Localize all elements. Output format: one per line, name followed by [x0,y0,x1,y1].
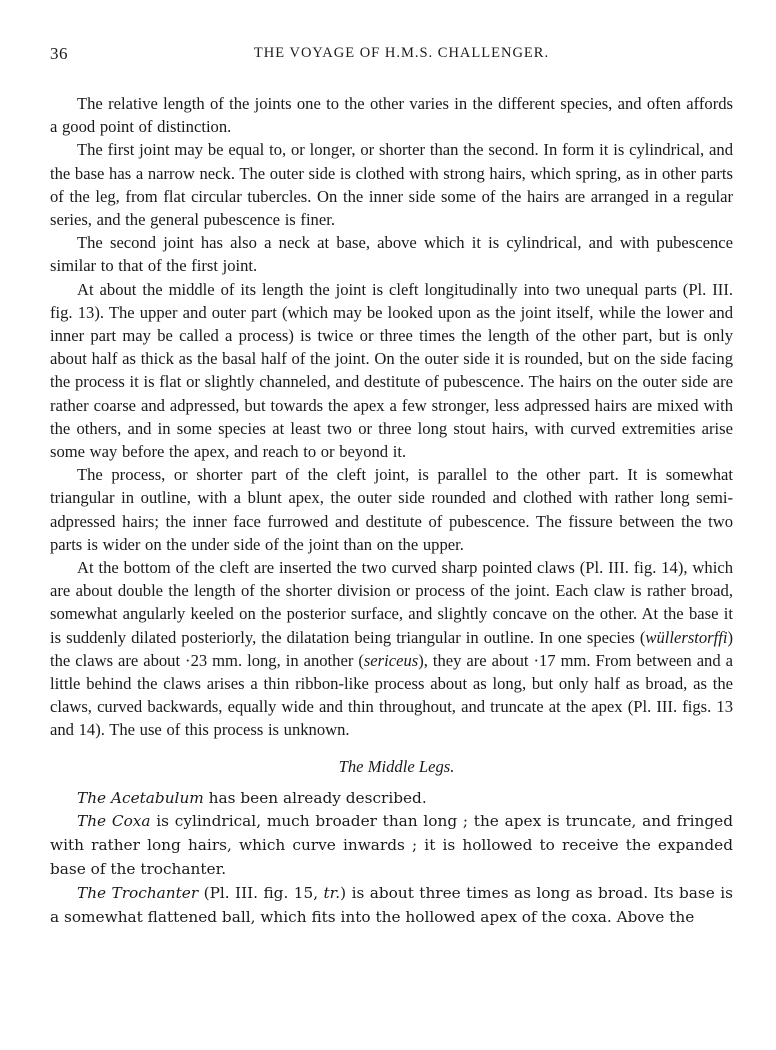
section-heading: The Middle Legs. [50,757,733,777]
figure-ref-tr: tr. [324,884,341,902]
paragraph-coxa: The Coxa is cylindrical, much broader th… [50,810,733,881]
acetabulum-text: has been already described. [204,789,427,807]
paragraph-trochanter: The Trochanter (Pl. III. fig. 15, tr.) i… [50,882,733,930]
document-page: 36 THE VOYAGE OF H.M.S. CHALLENGER. The … [50,44,733,929]
claws-text-1: At the bottom of the cleft are inserted … [50,558,733,647]
body-text: The relative length of the joints one to… [50,92,733,742]
running-title: THE VOYAGE OF H.M.S. CHALLENGER. [50,45,733,62]
term-coxa: The Coxa [77,812,151,830]
paragraph-claws: At the bottom of the cleft are inserted … [50,556,733,742]
species-name: sericeus [364,651,418,670]
paragraph-process: The process, or shorter part of the clef… [50,463,733,556]
paragraph-relative-length: The relative length of the joints one to… [50,92,733,138]
term-acetabulum: The Acetabulum [77,789,204,807]
term-trochanter: The Trochanter [77,884,198,902]
species-name: wüllerstorffi [645,628,727,647]
trochanter-text-1: (Pl. III. fig. 15, [198,884,323,902]
middle-legs-text: The Acetabulum has been already describe… [50,787,733,930]
coxa-text: is cylindrical, much broader than long ;… [50,812,733,878]
paragraph-second-joint: The second joint has also a neck at base… [50,231,733,277]
running-head: 36 THE VOYAGE OF H.M.S. CHALLENGER. [50,44,733,72]
paragraph-cleft-joint: At about the middle of its length the jo… [50,278,733,464]
paragraph-acetabulum: The Acetabulum has been already describe… [50,787,733,811]
paragraph-first-joint: The first joint may be equal to, or long… [50,138,733,231]
